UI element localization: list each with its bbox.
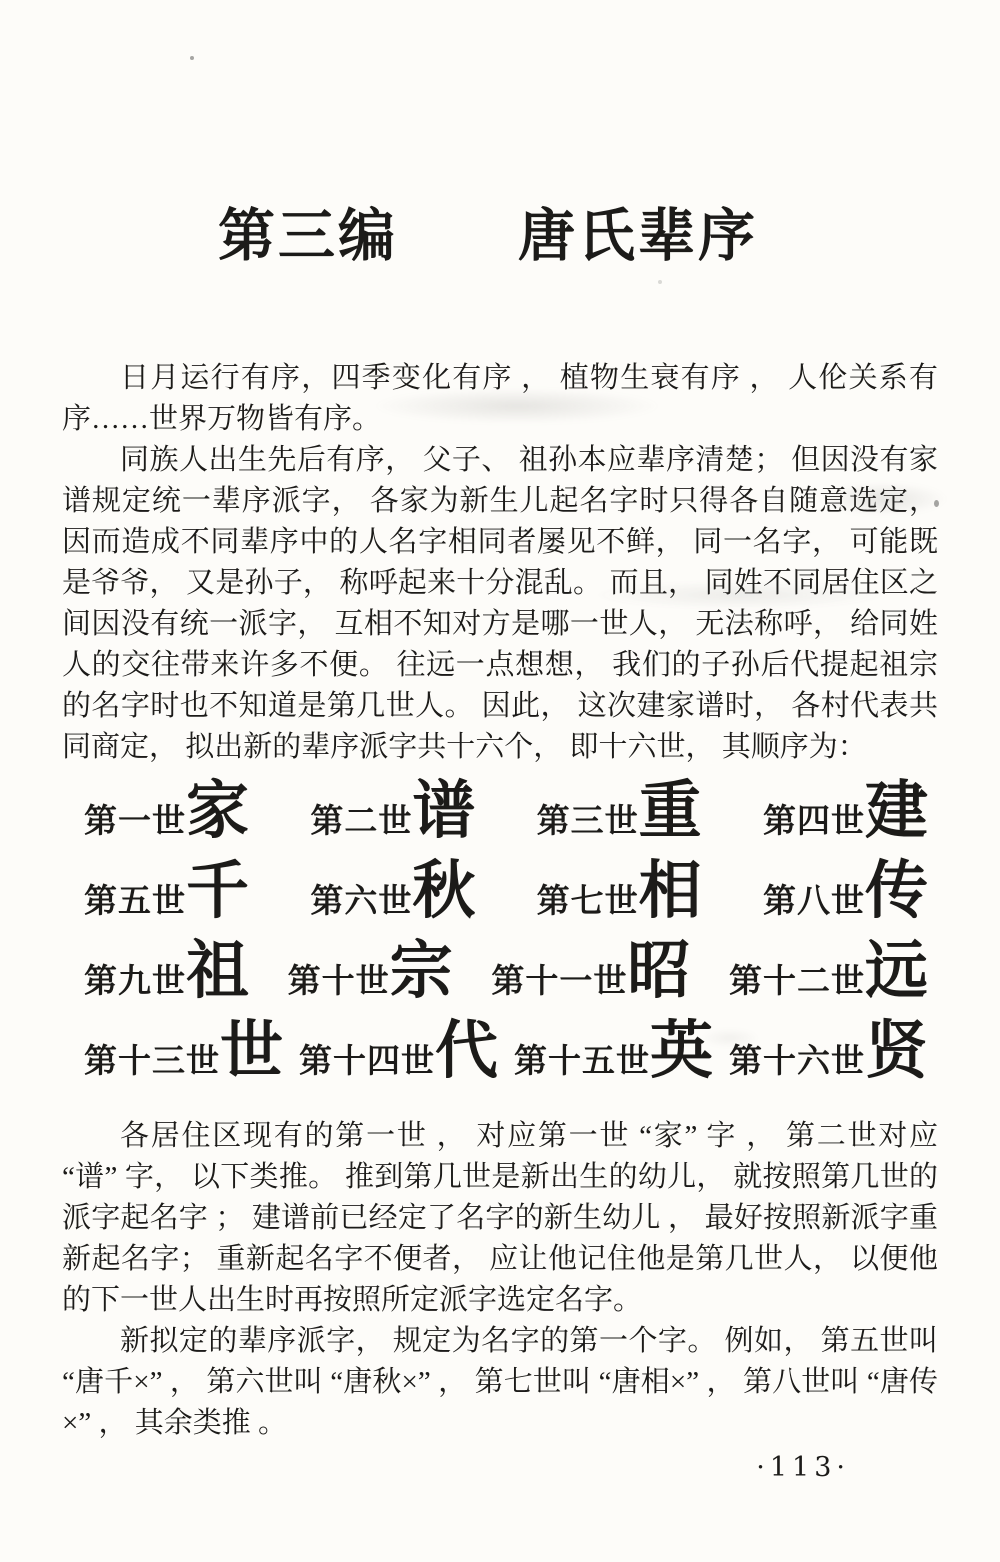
- generation-character: 贤: [865, 1016, 928, 1086]
- generation-label: 第十二世: [729, 964, 865, 1000]
- generation-entry-5: 第五世千: [84, 860, 249, 923]
- generation-row-3: 第九世祖 第十世宗 第十一世昭 第十二世远: [84, 940, 928, 1020]
- generation-entry-1: 第一世家: [84, 780, 249, 843]
- paragraph-closing-2: 新拟定的辈序派字， 规定为名字的第一个字。 例如， 第五世叫 “唐千×” ， 第…: [62, 1321, 938, 1444]
- generation-label: 第五世: [84, 884, 186, 920]
- generation-entry-8: 第八世传: [763, 860, 928, 923]
- generation-entry-3: 第三世重: [537, 780, 702, 843]
- paragraph-intro-1: 日月运行有序，四季变化有序 ， 植物生衰有序 ， 人伦关系有序……世界万物皆有序…: [62, 358, 938, 440]
- generation-entry-2: 第二世谱: [310, 780, 475, 843]
- paragraph-intro-2: 同族人出生先后有序， 父子、 祖孙本应辈序清楚； 但因没有家谱规定统一辈序派字，…: [62, 440, 938, 768]
- generation-label: 第九世: [84, 964, 186, 1000]
- generation-label: 第三世: [537, 804, 639, 840]
- generation-label: 第十三世: [84, 1044, 220, 1080]
- scan-speck: [658, 280, 662, 284]
- page-number: ·113·: [0, 1452, 1000, 1483]
- generation-label: 第十六世: [729, 1044, 865, 1080]
- generation-character: 昭: [627, 936, 690, 1006]
- generation-character: 祖: [186, 936, 249, 1006]
- generation-label: 第二世: [310, 804, 412, 840]
- generation-character: 远: [865, 936, 928, 1006]
- generation-character: 代: [435, 1016, 498, 1086]
- generation-label: 第一世: [84, 804, 186, 840]
- book-page: 第三编 唐氏辈序 日月运行有序，四季变化有序 ， 植物生衰有序 ， 人伦关系有序…: [0, 0, 1000, 1562]
- generation-entry-9: 第九世祖: [84, 940, 249, 1003]
- generation-entry-6: 第六世秋: [310, 860, 475, 923]
- generation-entry-12: 第十二世远: [729, 940, 928, 1003]
- generation-label: 第十一世: [491, 964, 627, 1000]
- generation-character: 建: [865, 776, 928, 846]
- paragraph-closing-1: 各居住区现有的第一世 ， 对应第一世 “家” 字 ， 第二世对应 “谱” 字， …: [62, 1116, 938, 1321]
- generation-character: 宗: [390, 936, 453, 1006]
- generation-label: 第四世: [763, 804, 865, 840]
- generation-character: 家: [186, 776, 249, 846]
- generation-label: 第十世: [288, 964, 390, 1000]
- generation-entry-13: 第十三世世: [84, 1020, 283, 1083]
- generation-entry-15: 第十五世英: [514, 1020, 713, 1083]
- page-title: 第三编 唐氏辈序: [0, 0, 988, 272]
- generation-character: 世: [220, 1016, 283, 1086]
- generation-character: 千: [186, 856, 249, 926]
- generation-entry-16: 第十六世贤: [729, 1020, 928, 1083]
- generation-row-2: 第五世千 第六世秋 第七世相 第八世传: [84, 860, 928, 940]
- generation-entry-4: 第四世建: [763, 780, 928, 843]
- generation-character: 传: [865, 856, 928, 926]
- closing-text: 各居住区现有的第一世 ， 对应第一世 “家” 字 ， 第二世对应 “谱” 字， …: [62, 1116, 938, 1444]
- generation-entry-14: 第十四世代: [299, 1020, 498, 1083]
- generation-character: 英: [650, 1016, 713, 1086]
- generation-label: 第十五世: [514, 1044, 650, 1080]
- generation-entry-11: 第十一世昭: [491, 940, 690, 1003]
- generation-character: 谱: [412, 776, 475, 846]
- generation-character: 秋: [412, 856, 475, 926]
- intro-text: 日月运行有序，四季变化有序 ， 植物生衰有序 ， 人伦关系有序……世界万物皆有序…: [62, 358, 938, 768]
- generation-row-1: 第一世家 第二世谱 第三世重 第四世建: [84, 780, 928, 860]
- generation-table: 第一世家 第二世谱 第三世重 第四世建 第五世千 第六世秋 第七世相 第八世传 …: [0, 780, 1000, 1100]
- generation-row-4: 第十三世世 第十四世代 第十五世英 第十六世贤: [84, 1020, 928, 1100]
- generation-label: 第六世: [310, 884, 412, 920]
- generation-entry-7: 第七世相: [537, 860, 702, 923]
- generation-character: 相: [639, 856, 702, 926]
- generation-label: 第七世: [537, 884, 639, 920]
- generation-label: 第十四世: [299, 1044, 435, 1080]
- generation-entry-10: 第十世宗: [288, 940, 453, 1003]
- generation-label: 第八世: [763, 884, 865, 920]
- generation-character: 重: [639, 776, 702, 846]
